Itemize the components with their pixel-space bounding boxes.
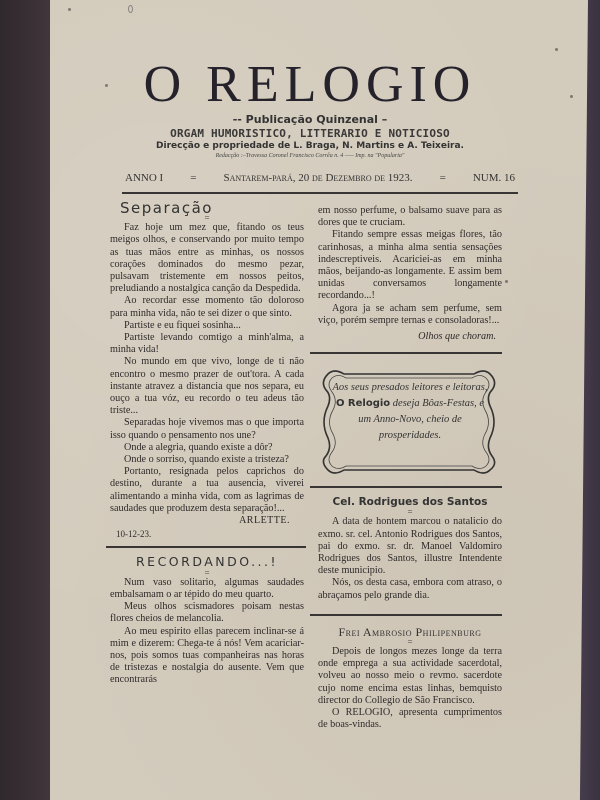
signature: Olhos que choram. [318, 331, 502, 343]
paragraph: A data de hontem marcou o natalicio do e… [318, 516, 502, 577]
title-divider: = [318, 508, 502, 516]
greeting-box: Aos seus presados leitores e leitoras, O… [314, 366, 504, 478]
article-date: 10-12-23. [110, 528, 304, 540]
issue-number: NUM. 16 [473, 172, 515, 184]
masthead: O RELOGIO -- Publicação Quinzenal – ORGA… [100, 60, 520, 159]
left-column: Separação = Faz hoje um mez que, fitando… [110, 198, 304, 687]
paragraph: em nosso perfume, o balsamo suave para a… [318, 205, 502, 229]
paragraph: Depois de longos mezes longe da terra on… [318, 646, 502, 707]
right-column: em nosso perfume, o balsamo suave para a… [318, 205, 502, 731]
section-rule [106, 546, 306, 548]
direction-line: Direcção e propriedade de L. Braga, N. M… [100, 141, 520, 151]
section-rule [310, 486, 502, 488]
newspaper-title: O RELOGIO [100, 60, 520, 110]
dateline-separator: = [440, 172, 446, 184]
paragraph: Separadas hoje vivemos mas o que importa… [110, 417, 304, 441]
greeting-text: Aos seus presados leitores e leitoras, O… [332, 380, 488, 444]
paragraph: O RELOGIO, apresenta cumprimentos de boa… [318, 707, 502, 731]
paragraph: Ao recordar esse momento tão doloroso pa… [110, 295, 304, 319]
paper-speck [555, 48, 558, 51]
title-divider: = [110, 569, 304, 577]
paper-speck [570, 95, 573, 98]
paragraph: Agora ja se acham sem perfume, sem viço,… [318, 303, 502, 327]
masthead-rule [122, 192, 518, 194]
article-title-recordando: RECORDANDO...! [110, 556, 304, 568]
paper-speck [505, 280, 508, 283]
greeting-newspaper-name: O Relogio [336, 398, 390, 409]
publication-frequency: -- Publicação Quinzenal – [100, 113, 520, 126]
paragraph: Portanto, resignada pelos caprichos do d… [110, 466, 304, 515]
place-date: Santarem-pará, 20 de Dezembro de 1923. [223, 172, 412, 184]
paper-speck [68, 8, 71, 11]
paragraph: Partiste e eu fiquei sosinha... [110, 320, 304, 332]
paragraph: Nós, os desta casa, embora com atraso, o… [318, 577, 502, 601]
paragraph: Onde a alegria, quando existe a dôr? [110, 442, 304, 454]
signature: ARLETTE. [110, 515, 304, 527]
section-rule [310, 352, 502, 354]
paragraph: Partiste levando comtigo a minh'alma, a … [110, 332, 304, 356]
title-divider: = [318, 638, 502, 646]
organ-line: ORGAM HUMORISTICO, LITTERARIO E NOTICIOS… [100, 127, 520, 140]
dateline: ANNO I = Santarem-pará, 20 de Dezembro d… [125, 172, 515, 184]
paragraph: Ao meu espirito ellas parecem inclinar-s… [110, 626, 304, 687]
paragraph: Num vaso solitario, algumas saudades emb… [110, 577, 304, 601]
paragraph: Meus olhos scismadores poisam nestas flo… [110, 601, 304, 625]
section-rule [310, 614, 502, 616]
paragraph: Faz hoje um mez que, fitando os teus mei… [110, 222, 304, 295]
year-label: ANNO I [125, 172, 163, 184]
paragraph: Onde o sorriso, quando existe a tristeza… [110, 454, 304, 466]
article-title-separacao: Separação [120, 202, 304, 214]
paper-speck [128, 5, 133, 13]
paragraph: Fitando sempre essas meigas flores, tão … [318, 229, 502, 302]
dateline-separator: = [190, 172, 196, 184]
paragraph: No mundo em que vivo, longe de ti não en… [110, 356, 304, 417]
greeting-line: Aos seus presados leitores e leitoras, [333, 382, 488, 393]
editorial-address: Redacção :–Travessa Coronel Francisco Co… [100, 153, 520, 159]
